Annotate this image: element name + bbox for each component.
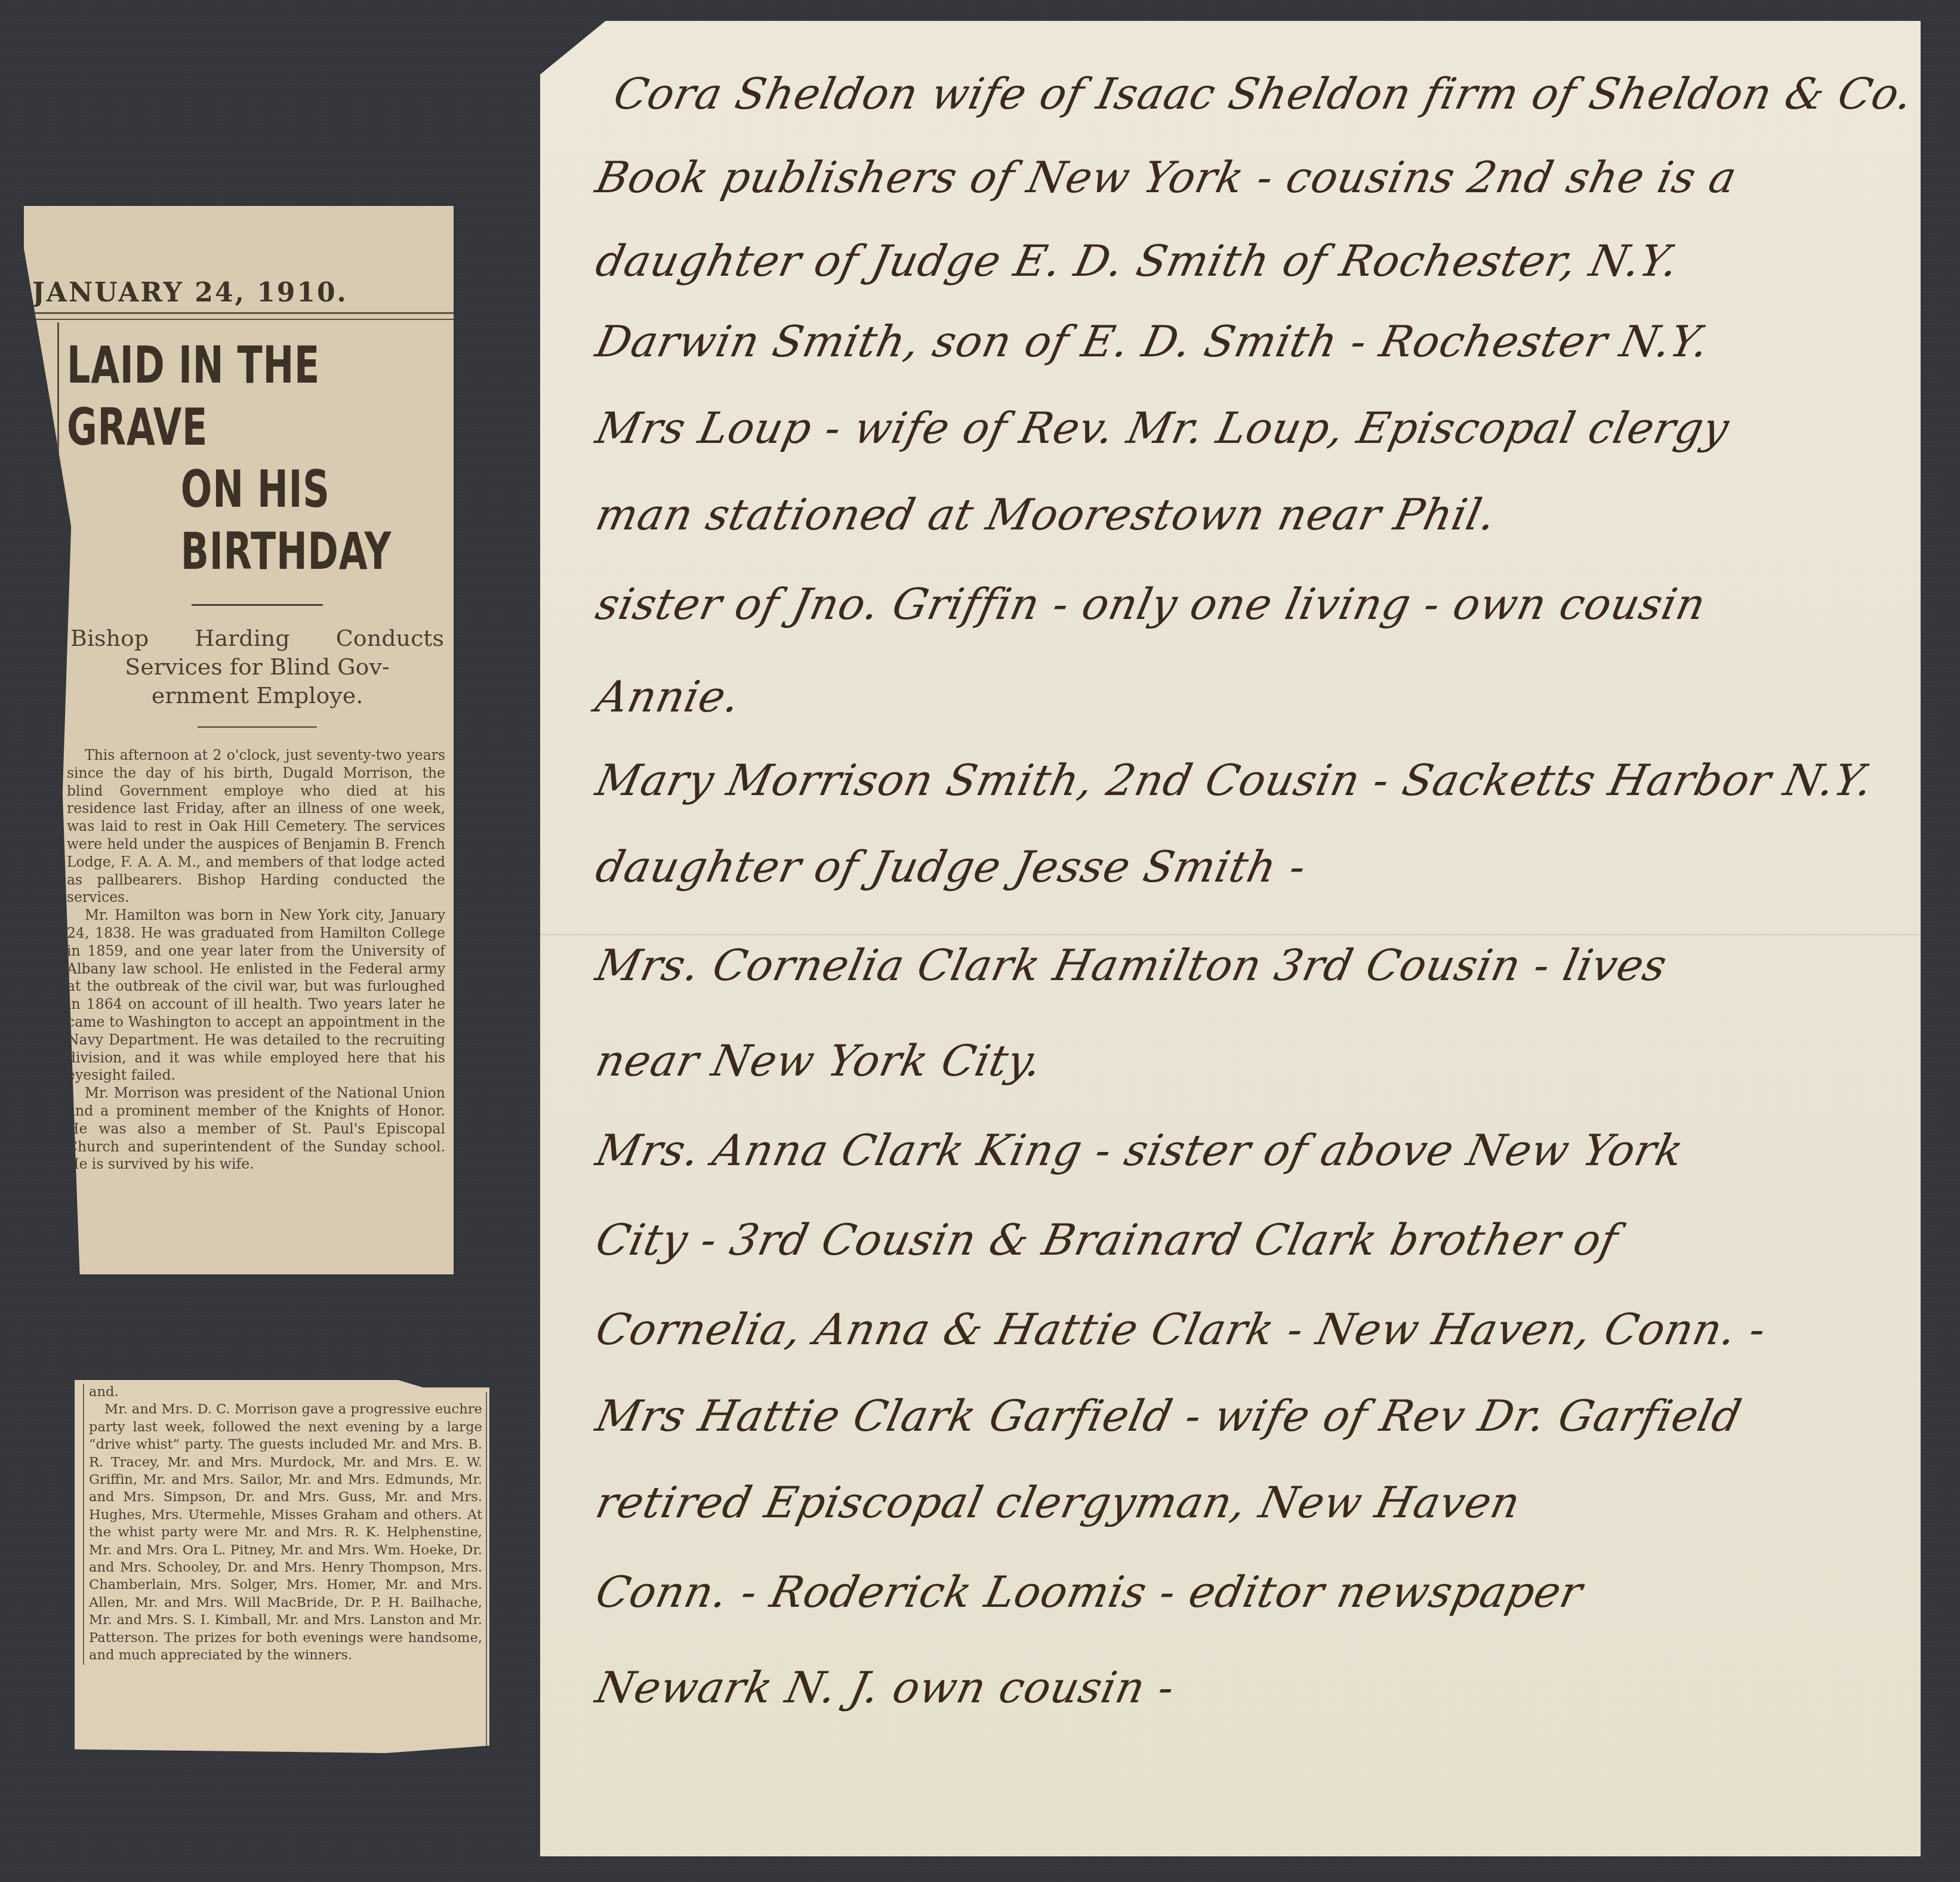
handwritten-line: Mrs. Cornelia Clark Hamilton 3rd Cousin … <box>591 940 1672 990</box>
handwritten-line: Cornelia, Anna & Hattie Clark - New Have… <box>591 1304 1771 1354</box>
headline: LAID IN THE GRAVE ON HIS BIRTHDAY <box>67 334 445 583</box>
handwritten-line: retired Episcopal clergyman, New Haven <box>591 1477 1525 1527</box>
clipping-dateline: JANUARY 24, 1910. <box>32 278 348 308</box>
handwritten-line: Book publishers of New York - cousins 2n… <box>591 152 1742 202</box>
handwritten-line: Mrs Hattie Clark Garfield - wife of Rev … <box>591 1391 1746 1441</box>
social-notice-body: and. Mr. and Mrs. D. C. Morrison gave a … <box>83 1384 482 1665</box>
handwritten-line: Mary Morrison Smith, 2nd Cousin - Sacket… <box>591 755 1878 805</box>
handwritten-line: Cora Sheldon wife of Isaac Sheldon firm … <box>609 69 1918 119</box>
divider <box>198 726 317 728</box>
column-rule <box>486 1392 487 1746</box>
subheadline: Bishop Harding Conducts Services for Bli… <box>67 624 448 710</box>
headline-line-1: LAID IN THE GRAVE <box>67 334 445 458</box>
handwritten-line: Annie. <box>591 672 745 722</box>
article-paragraph: Mr. Hamilton was born in New York city, … <box>67 907 445 1085</box>
subhead-line-2: Services for Blind Gov- <box>70 652 444 681</box>
handwritten-line: near New York City. <box>591 1036 1047 1086</box>
handwritten-line: Conn. - Roderick Loomis - editor newspap… <box>591 1567 1587 1617</box>
article-body: This afternoon at 2 o'clock, just sevent… <box>67 747 448 1173</box>
handwritten-page: Cora Sheldon wife of Isaac Sheldon firm … <box>540 21 1921 1856</box>
article-paragraph: Mr. Morrison was president of the Nation… <box>67 1085 445 1173</box>
headline-line-2: ON HIS BIRTHDAY <box>67 458 445 583</box>
handwritten-line: Darwin Smith, son of E. D. Smith - Roche… <box>591 316 1714 366</box>
article-column: LAID IN THE GRAVE ON HIS BIRTHDAY Bishop… <box>67 334 448 1173</box>
subhead-line-3: ernment Employe. <box>70 681 444 710</box>
divider <box>192 604 323 606</box>
handwritten-line: daughter of Judge Jesse Smith - <box>591 842 1311 892</box>
social-paragraph: Mr. and Mrs. D. C. Morrison gave a progr… <box>89 1401 482 1664</box>
column-rule <box>57 322 59 1262</box>
double-rule <box>35 312 454 320</box>
page-fold-crease <box>540 934 1921 935</box>
handwritten-line: Newark N. J. own cousin - <box>591 1662 1179 1712</box>
handwritten-line: man stationed at Moorestown near Phil. <box>591 489 1501 540</box>
handwritten-line: City - 3rd Cousin & Brainard Clark broth… <box>591 1215 1623 1265</box>
handwritten-line: Mrs. Anna Clark King - sister of above N… <box>591 1125 1688 1175</box>
subhead-line-1: Bishop Harding Conducts <box>70 624 444 652</box>
handwritten-line: Mrs Loup - wife of Rev. Mr. Loup, Episco… <box>591 403 1734 453</box>
newspaper-clipping-obituary: JANUARY 24, 1910. LAID IN THE GRAVE ON H… <box>24 206 454 1274</box>
newspaper-clipping-social: and. Mr. and Mrs. D. C. Morrison gave a … <box>75 1380 489 1753</box>
folded-corner <box>540 21 606 75</box>
article-paragraph: This afternoon at 2 o'clock, just sevent… <box>67 747 445 907</box>
handwritten-line: daughter of Judge E. D. Smith of Rochest… <box>591 236 1683 286</box>
fragment-line: and. <box>89 1384 482 1401</box>
handwritten-line: sister of Jno. Griffin - only one living… <box>591 579 1711 629</box>
